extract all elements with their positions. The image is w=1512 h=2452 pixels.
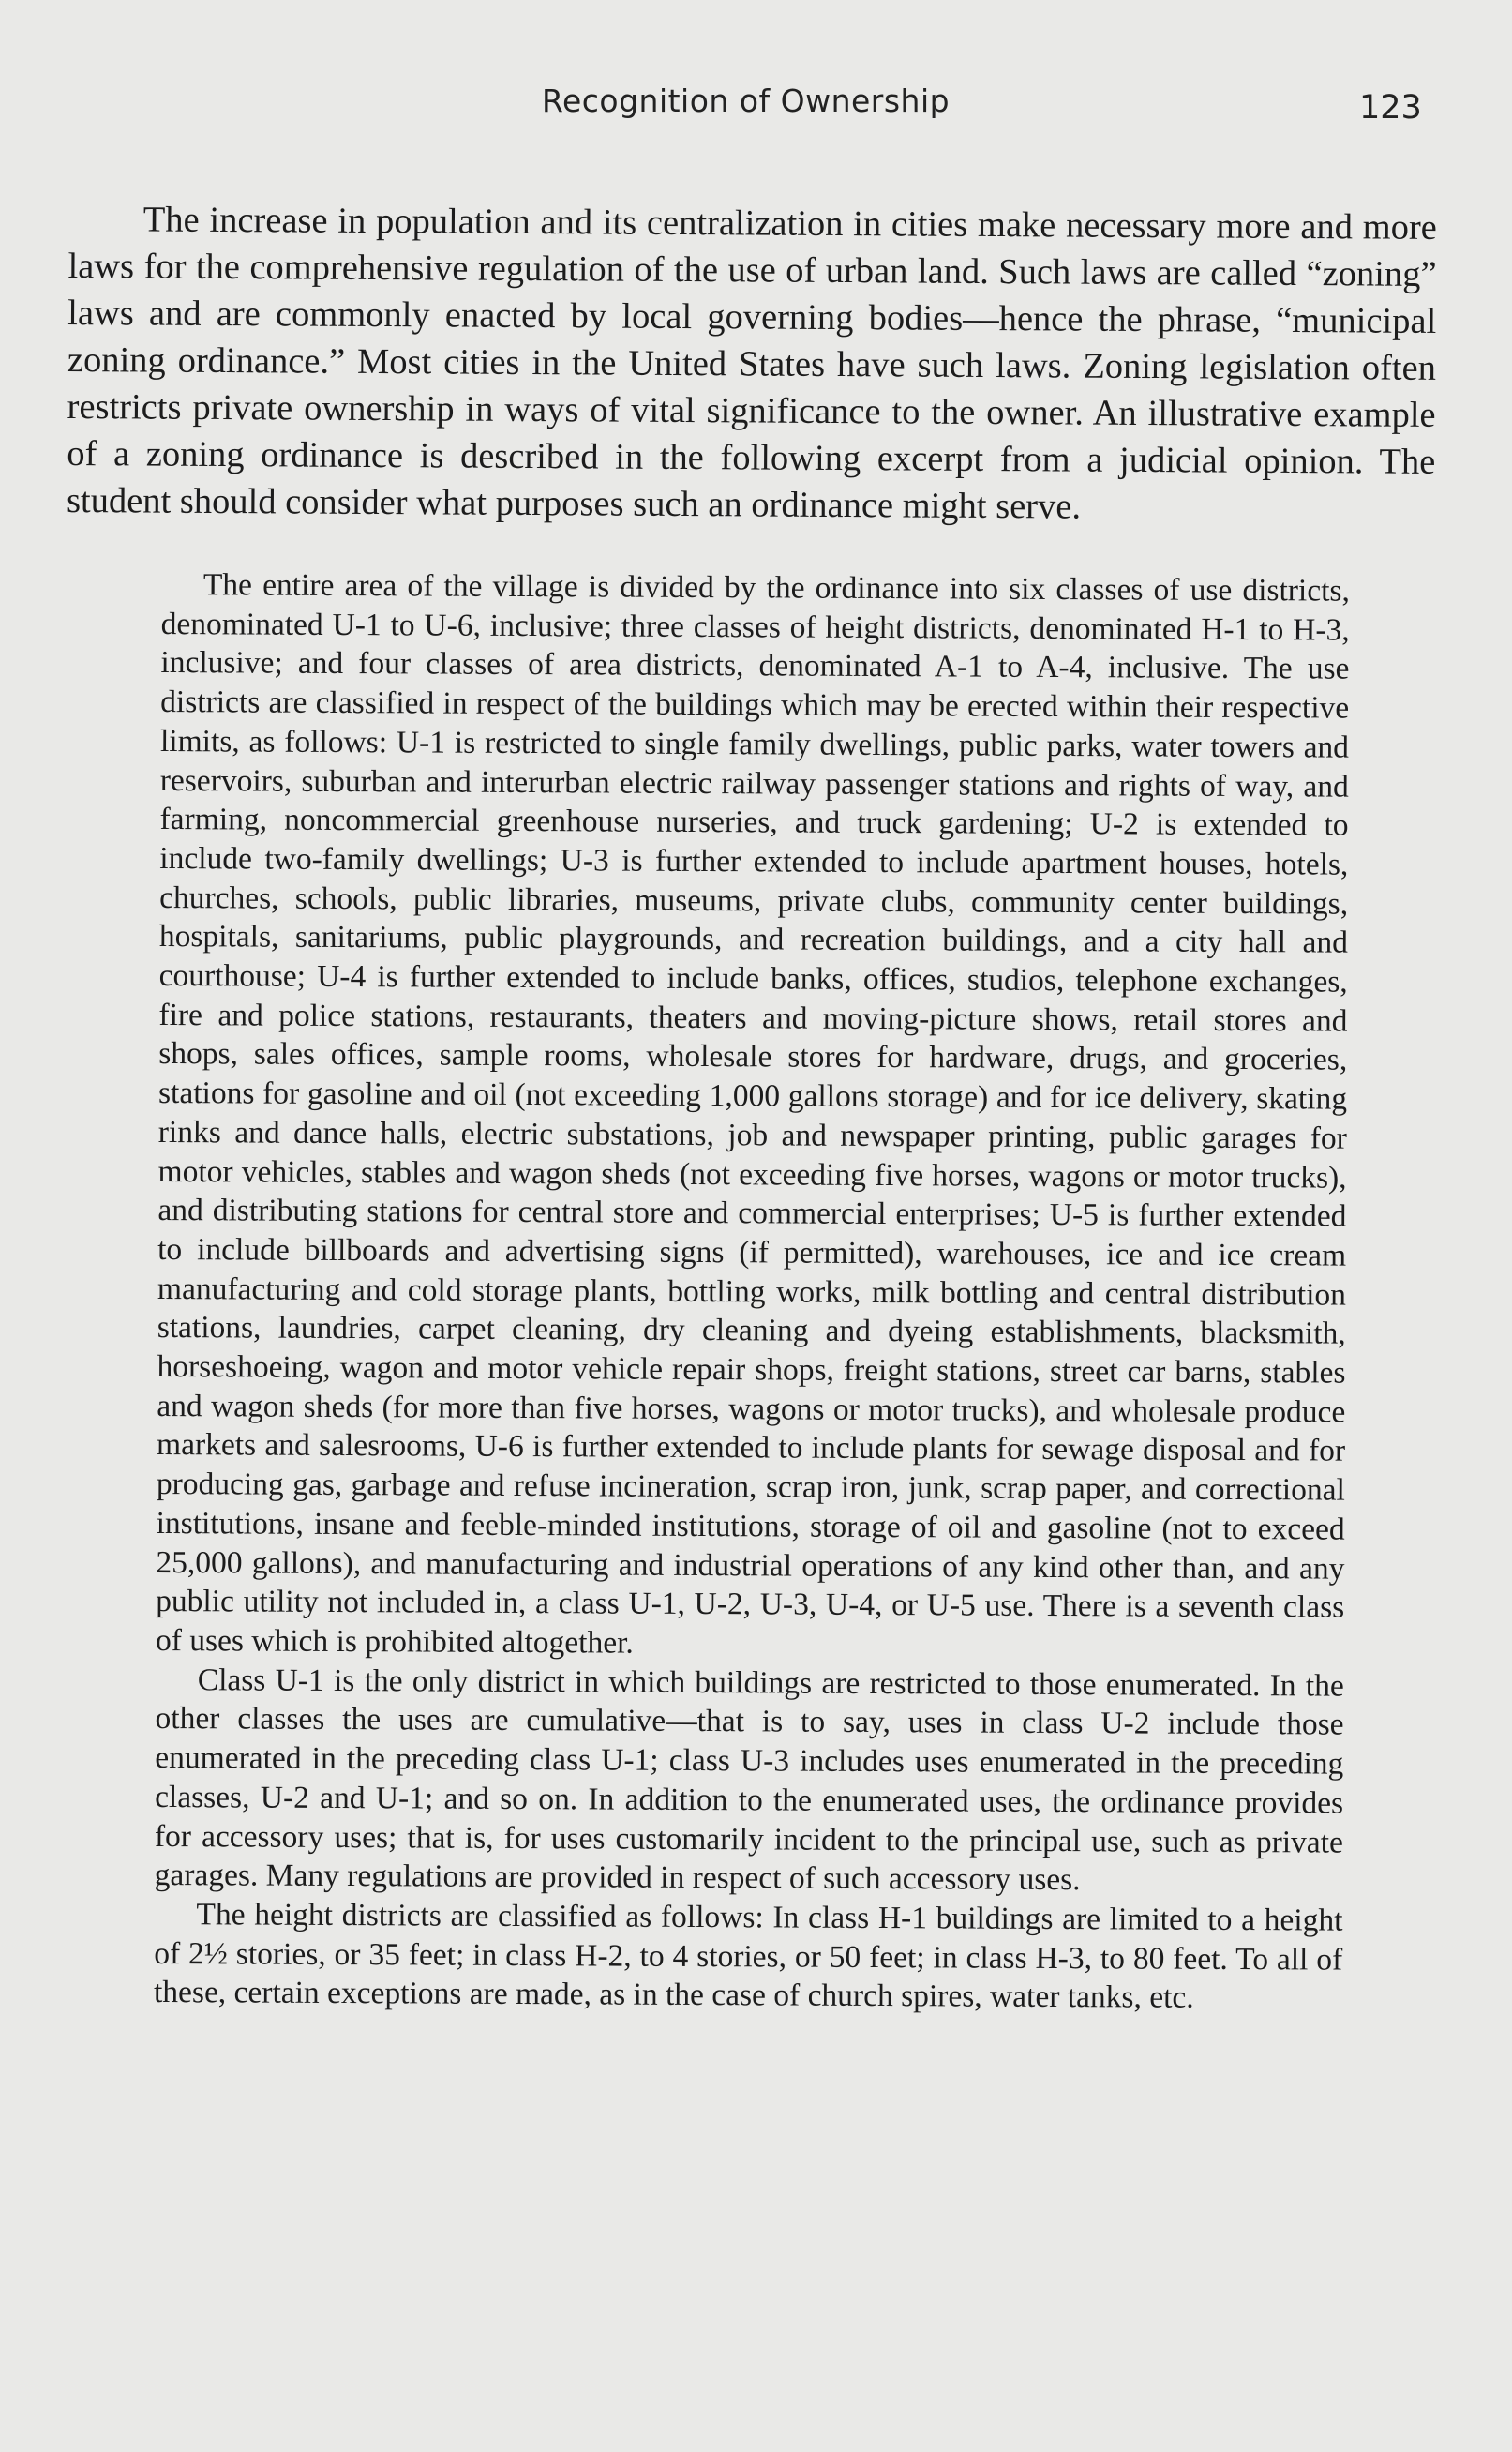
judicial-opinion-excerpt: The entire area of the village is divide… (154, 565, 1350, 2019)
excerpt-paragraph-cumulative-uses: Class U-1 is the only district in which … (155, 1661, 1344, 1902)
excerpt-paragraph-use-districts: The entire area of the village is divide… (156, 565, 1350, 1666)
page-number: 123 (1359, 89, 1422, 127)
book-page: Recognition of Ownership 123 The increas… (0, 0, 1512, 2452)
intro-paragraph: The increase in population and its centr… (67, 196, 1437, 533)
running-title: Recognition of Ownership (542, 83, 950, 119)
excerpt-paragraph-height-districts: The height districts are classified as f… (154, 1895, 1343, 2019)
